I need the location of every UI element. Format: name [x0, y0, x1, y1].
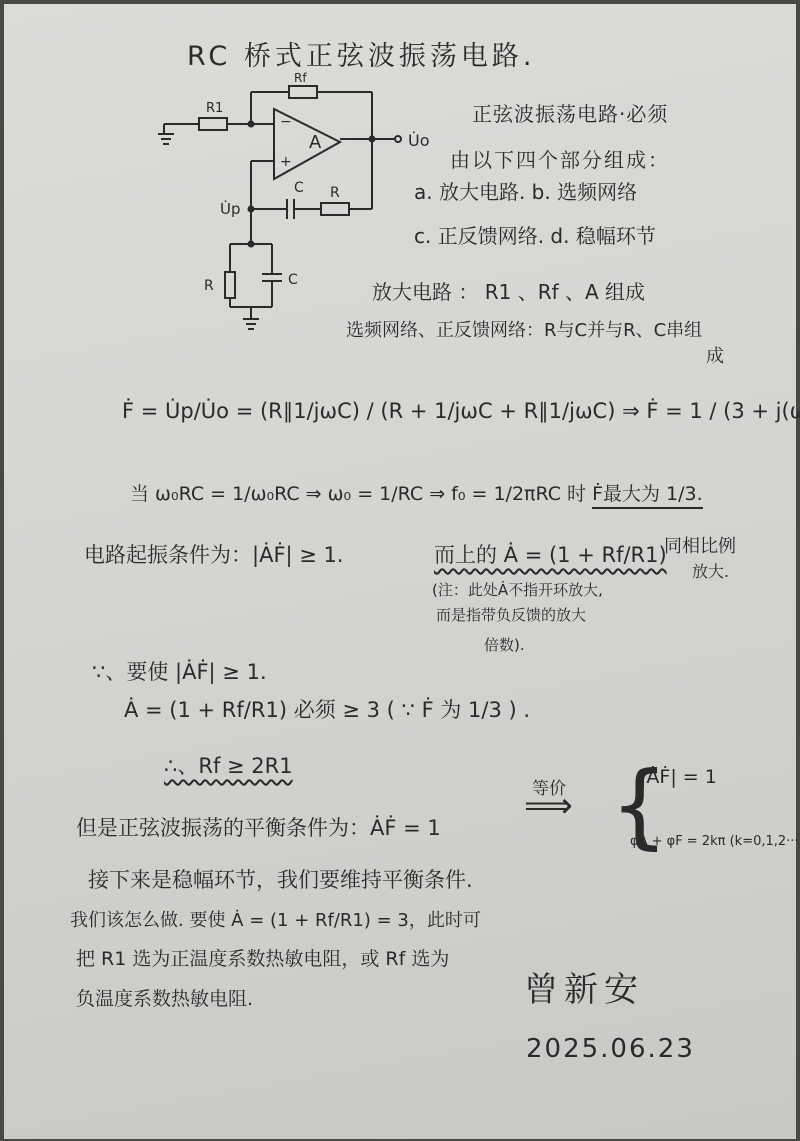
date: 2025.06.23 — [526, 1034, 695, 1064]
opamp-label: A — [309, 132, 322, 153]
r-parallel-label: R — [204, 278, 214, 294]
note-line-3: 倍数). — [484, 634, 525, 655]
derivation-step-2: Ȧ = (1 + Rf/R1) 必须 ≥ 3 ( ∵ Ḟ 为 1/3 ) . — [124, 694, 530, 724]
intro-line-1: 正弦波振荡电路·必须 — [472, 98, 668, 127]
derivation-step-1: ∵、要使 |ȦḞ| ≥ 1. — [92, 656, 267, 686]
parts-line-2: c. 正反馈网络. d. 稳幅环节 — [414, 220, 656, 249]
parts-line-1: a. 放大电路. b. 选频网络 — [414, 176, 637, 205]
stabilization-line-1: 我们该怎么做. 要使 Ȧ = (1 + Rf/R1) = 3，此时可 — [70, 906, 481, 932]
vp-label: U̇p — [220, 199, 241, 218]
vo-label: U̇o — [408, 131, 430, 150]
paper-sheet: RC 桥式正弦波振荡电路. — [4, 4, 796, 1139]
stabilization-intro: 接下来是稳幅环节，我们要维持平衡条件. — [88, 864, 473, 894]
equivalent-arrow-icon: ⟹ — [524, 786, 573, 826]
rf-label: Rf — [294, 71, 307, 85]
balance-magnitude: |ȦḞ| = 1 — [640, 766, 717, 788]
feedback-formula: Ḟ = U̇p/U̇o = (R∥1/jωC) / (R + 1/jωC + R… — [122, 399, 800, 423]
r-series-label: R — [330, 185, 340, 201]
note-line-1: (注：此处Ȧ不指开环放大, — [432, 579, 603, 600]
resonance-result: Ḟ最大为 1/3. — [592, 483, 703, 509]
r1-label: R1 — [206, 101, 223, 116]
selective-network-continuation: 成 — [706, 342, 724, 368]
plus-label: + — [280, 154, 292, 170]
selective-network-composition: 选频网络、正反馈网络：R与C并与R、C串组 — [346, 316, 702, 342]
intro-line-2: 由以下四个部分组成： — [450, 144, 670, 173]
note-line-2: 而是指带负反馈的放大 — [436, 604, 586, 625]
resonance-condition: 当 ω₀RC = 1/ω₀RC ⇒ ω₀ = 1/RC ⇒ f₀ = 1/2πR… — [130, 483, 586, 505]
noninverting-label-2: 放大. — [692, 559, 729, 582]
author-signature: 曾新安 — [524, 962, 644, 1011]
c-parallel-label: C — [288, 272, 298, 288]
noninverting-label-1: 同相比例 — [664, 532, 736, 558]
c-series-label: C — [294, 180, 304, 196]
resonance-formula: 当 ω₀RC = 1/ω₀RC ⇒ ω₀ = 1/RC ⇒ f₀ = 1/2πR… — [130, 479, 703, 506]
start-condition-gain: 而上的 Ȧ = (1 + Rf/R1) — [434, 539, 667, 569]
balance-phase: φA + φF = 2kπ (k=0,1,2···) — [630, 834, 800, 849]
stabilization-line-3: 负温度系数热敏电阻. — [76, 984, 253, 1011]
stabilization-line-2: 把 R1 选为正温度系数热敏电阻，或 Rf 选为 — [76, 944, 449, 971]
balance-condition: 但是正弦波振荡的平衡条件为：ȦḞ = 1 — [76, 812, 441, 842]
amplifier-composition: 放大电路 ： R1 、Rf 、A 组成 — [372, 276, 645, 305]
minus-label: − — [280, 114, 292, 130]
start-condition: 电路起振条件为：|ȦḞ| ≥ 1. — [84, 539, 344, 569]
derivation-step-3: ∴、Rf ≥ 2R1 — [164, 750, 293, 780]
